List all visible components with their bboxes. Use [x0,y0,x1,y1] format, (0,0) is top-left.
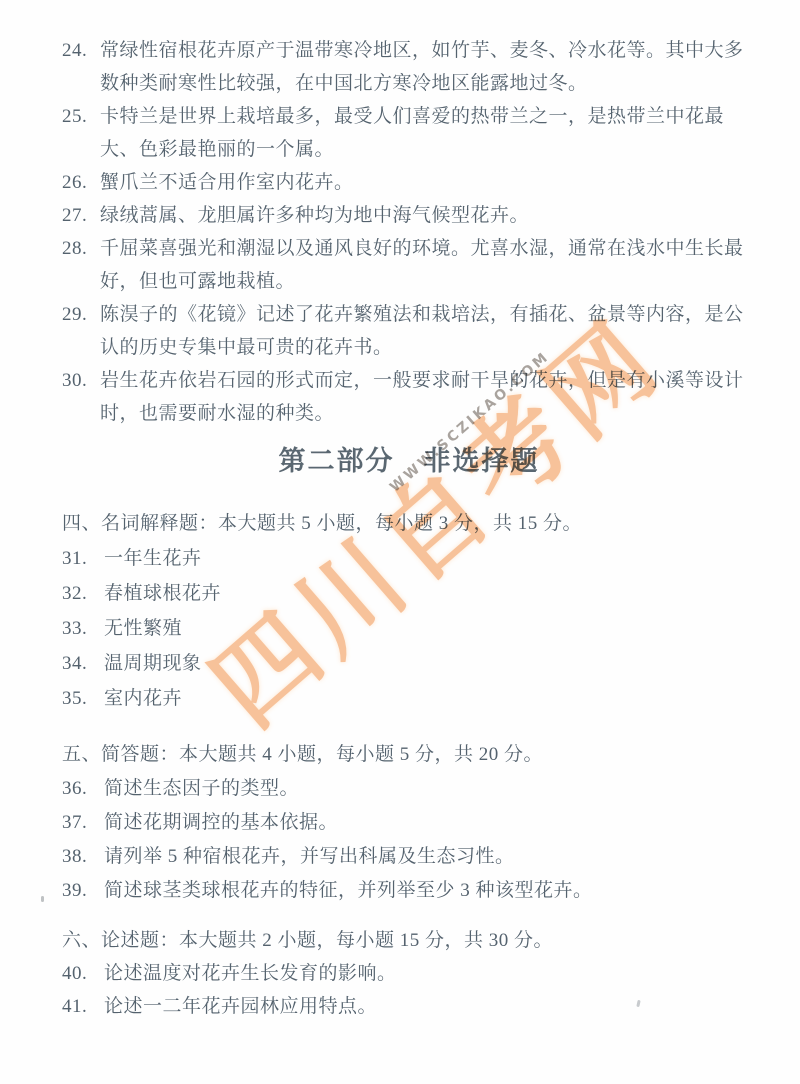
question-number: 40. [62,957,104,990]
question-item: 26.蟹爪兰不适合用作室内花卉。 [62,166,756,199]
question-number: 31. [62,541,104,576]
question-item: 32.春植球根花卉 [62,576,756,611]
question-text: 无性繁殖 [104,618,182,639]
question-text: 春植球根花卉 [104,583,221,604]
question-item: 38.请列举 5 种宿根花卉，并写出科属及生态习性。 [62,840,756,874]
scan-speck [41,896,44,902]
essay-question-list: 40.论述温度对花卉生长发育的影响。 41.论述一二年花卉园林应用特点。 [62,957,756,1023]
question-number: 26. [62,166,100,199]
question-text: 常绿性宿根花卉原产于温带寒冷地区，如竹芋、麦冬、冷水花等。其中大多数种类耐寒性比… [100,40,744,94]
question-text: 室内花卉 [104,688,182,709]
section-header: 六、论述题：本大题共 2 小题，每小题 15 分，共 30 分。 [62,924,756,957]
question-number: 41. [62,990,104,1023]
question-item: 34.温周期现象 [62,646,756,681]
question-item: 31.一年生花卉 [62,541,756,576]
section-glossary: 四、名词解释题：本大题共 5 小题，每小题 3 分，共 15 分。 31.一年生… [62,506,756,716]
section-short-answer: 五、简答题：本大题共 4 小题，每小题 5 分，共 20 分。 36.简述生态因… [62,738,756,908]
question-text: 千屈菜喜强光和潮湿以及通风良好的环境。尤喜水湿，通常在浅水中生长最好，但也可露地… [100,238,744,292]
question-number: 36. [62,772,104,806]
question-number: 39. [62,874,104,908]
question-number: 30. [62,364,100,397]
question-number: 35. [62,681,104,716]
question-text: 蟹爪兰不适合用作室内花卉。 [100,172,354,193]
section-essay: 六、论述题：本大题共 2 小题，每小题 15 分，共 30 分。 40.论述温度… [62,924,756,1023]
glossary-question-list: 31.一年生花卉 32.春植球根花卉 33.无性繁殖 34.温周期现象 35.室… [62,541,756,716]
question-number: 33. [62,611,104,646]
question-text: 请列举 5 种宿根花卉，并写出科属及生态习性。 [104,846,515,867]
question-number: 34. [62,646,104,681]
question-text: 简述生态因子的类型。 [104,778,299,799]
part-title: 第二部分 非选择题 [62,440,756,482]
question-item: 37.简述花期调控的基本依据。 [62,806,756,840]
question-item: 29.陈淏子的《花镜》记述了花卉繁殖法和栽培法，有插花、盆景等内容，是公认的历史… [62,298,756,364]
question-text: 简述球茎类球根花卉的特征，并列举至少 3 种该型花卉。 [104,880,593,901]
question-item: 25.卡特兰是世界上栽培最多，最受人们喜爱的热带兰之一，是热带兰中花最大、色彩最… [62,100,756,166]
question-number: 24. [62,34,100,67]
question-number: 27. [62,199,100,232]
question-item: 39.简述球茎类球根花卉的特征，并列举至少 3 种该型花卉。 [62,874,756,908]
section-header: 四、名词解释题：本大题共 5 小题，每小题 3 分，共 15 分。 [62,506,756,541]
question-number: 37. [62,806,104,840]
question-number: 32. [62,576,104,611]
question-text: 论述温度对花卉生长发育的影响。 [104,963,397,984]
question-text: 论述一二年花卉园林应用特点。 [104,996,377,1017]
question-item: 24.常绿性宿根花卉原产于温带寒冷地区，如竹芋、麦冬、冷水花等。其中大多数种类耐… [62,34,756,100]
question-text: 岩生花卉依岩石园的形式而定，一般要求耐干旱的花卉，但是有小溪等设计时，也需要耐水… [100,370,744,424]
exam-content: 24.常绿性宿根花卉原产于温带寒冷地区，如竹芋、麦冬、冷水花等。其中大多数种类耐… [0,0,800,1023]
question-text: 绿绒蒿属、龙胆属许多种均为地中海气候型花卉。 [100,205,529,226]
section-header: 五、简答题：本大题共 4 小题，每小题 5 分，共 20 分。 [62,738,756,772]
question-item: 30.岩生花卉依岩石园的形式而定，一般要求耐干旱的花卉，但是有小溪等设计时，也需… [62,364,756,430]
question-item: 27.绿绒蒿属、龙胆属许多种均为地中海气候型花卉。 [62,199,756,232]
question-item: 36.简述生态因子的类型。 [62,772,756,806]
question-item: 41.论述一二年花卉园林应用特点。 [62,990,756,1023]
question-text: 温周期现象 [104,653,202,674]
question-number: 29. [62,298,100,331]
question-number: 25. [62,100,100,133]
question-number: 28. [62,232,100,265]
question-item: 35.室内花卉 [62,681,756,716]
question-item: 33.无性繁殖 [62,611,756,646]
short-answer-question-list: 36.简述生态因子的类型。 37.简述花期调控的基本依据。 38.请列举 5 种… [62,772,756,908]
question-text: 卡特兰是世界上栽培最多，最受人们喜爱的热带兰之一，是热带兰中花最大、色彩最艳丽的… [100,106,724,160]
question-item: 40.论述温度对花卉生长发育的影响。 [62,957,756,990]
question-number: 38. [62,840,104,874]
question-text: 一年生花卉 [104,548,202,569]
true-false-question-list: 24.常绿性宿根花卉原产于温带寒冷地区，如竹芋、麦冬、冷水花等。其中大多数种类耐… [62,34,756,430]
question-text: 简述花期调控的基本依据。 [104,812,338,833]
question-item: 28.千屈菜喜强光和潮湿以及通风良好的环境。尤喜水湿，通常在浅水中生长最好，但也… [62,232,756,298]
question-text: 陈淏子的《花镜》记述了花卉繁殖法和栽培法，有插花、盆景等内容，是公认的历史专集中… [100,304,744,358]
scanned-exam-page: 24.常绿性宿根花卉原产于温带寒冷地区，如竹芋、麦冬、冷水花等。其中大多数种类耐… [0,0,800,1084]
